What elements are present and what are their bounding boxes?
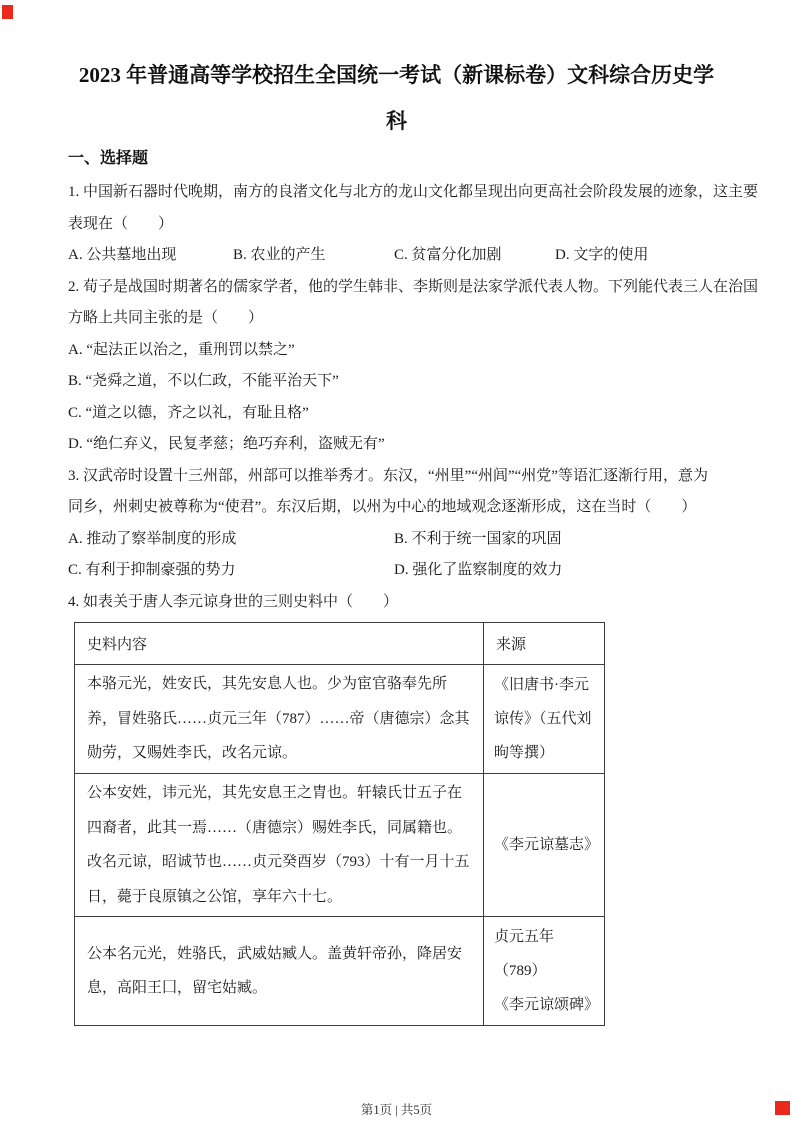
table-cell-source-1: 《旧唐书·李元谅传》（五代刘昫等撰） xyxy=(484,665,605,774)
question-2-stem-line2: 方略上共同主张的是（ ） xyxy=(68,303,725,335)
question-4: 4. 如表关于唐人李元谅身世的三则史料中（ ） xyxy=(68,587,725,619)
table-cell-source-3: 贞元五年 （789） 《李元谅颂碑》 xyxy=(484,917,605,1026)
table-cell-content-3: 公本名元光，姓骆氏，武威姑臧人。盖黄轩帝孙，降居安息，高阳王囗，留宅姑臧。 xyxy=(75,917,484,1026)
source-3-line3: 《李元谅颂碑》 xyxy=(494,988,598,1022)
question-3-stem-line1: 3. 汉武帝时设置十三州部，州部可以推举秀才。东汉，“州里”“州闾”“州党”等语… xyxy=(68,461,725,493)
question-3-option-c: C. 有利于抑制豪强的势力 xyxy=(68,555,394,587)
question-3-option-d: D. 强化了监察制度的效力 xyxy=(394,555,562,587)
document-title-line2: 科 xyxy=(68,98,725,144)
exam-document-page: 2023 年普通高等学校招生全国统一考试（新课标卷）文科综合历史学 科 一、选择… xyxy=(0,0,793,1122)
source-3-line2: （789） xyxy=(494,954,598,988)
question-1-option-b: B. 农业的产生 xyxy=(233,240,394,272)
red-corner-marker-bottom-right xyxy=(775,1101,790,1115)
question-2-option-a: A. “起法正以治之，重刑罚以禁之” xyxy=(68,335,725,367)
question-2-option-c: C. “道之以德，齐之以礼，有耻且格” xyxy=(68,398,725,430)
question-1-option-c: C. 贫富分化加剧 xyxy=(394,240,555,272)
table-row-songbei: 公本名元光，姓骆氏，武威姑臧人。盖黄轩帝孙，降居安息，高阳王囗，留宅姑臧。 贞元… xyxy=(75,917,605,1026)
question-3: 3. 汉武帝时设置十三州部，州部可以推举秀才。东汉，“州里”“州闾”“州党”等语… xyxy=(68,461,725,587)
question-2: 2. 荀子是战国时期著名的儒家学者，他的学生韩非、李斯则是法家学派代表人物。下列… xyxy=(68,272,725,461)
question-1-option-d: D. 文字的使用 xyxy=(555,240,648,272)
question-3-options-row1: A. 推动了察举制度的形成 B. 不利于统一国家的巩固 xyxy=(68,524,725,556)
table-header-source: 来源 xyxy=(484,623,605,665)
page-footer: 第1页 | 共5页 xyxy=(0,1100,793,1118)
question-1-options: A. 公共墓地出现 B. 农业的产生 C. 贫富分化加剧 D. 文字的使用 xyxy=(68,240,725,272)
document-title-line1: 2023 年普通高等学校招生全国统一考试（新课标卷）文科综合历史学 xyxy=(68,52,725,98)
red-corner-marker-top-left xyxy=(2,5,13,19)
question-2-option-d: D. “绝仁弃义，民复孝慈；绝巧弃利，盗贼无有” xyxy=(68,429,725,461)
question-2-option-b: B. “尧舜之道，不以仁政，不能平治天下” xyxy=(68,366,725,398)
question-3-stem-line2: 同乡，州刺史被尊称为“使君”。东汉后期，以州为中心的地域观念逐渐形成，这在当时（… xyxy=(68,492,725,524)
question-1-option-a: A. 公共墓地出现 xyxy=(68,240,233,272)
document-title: 2023 年普通高等学校招生全国统一考试（新课标卷）文科综合历史学 科 xyxy=(68,52,725,144)
table-row-muzhi: 公本安姓，讳元光，其先安息王之胄也。轩辕氏廿五子在四裔者，此其一焉……（唐德宗）… xyxy=(75,774,605,917)
table-cell-content-2: 公本安姓，讳元光，其先安息王之胄也。轩辕氏廿五子在四裔者，此其一焉……（唐德宗）… xyxy=(75,774,484,917)
table-header-content: 史料内容 xyxy=(75,623,484,665)
question-4-stem-line1: 4. 如表关于唐人李元谅身世的三则史料中（ ） xyxy=(68,587,725,619)
question-1: 1. 中国新石器时代晚期，南方的良渚文化与北方的龙山文化都呈现出向更高社会阶段发… xyxy=(68,177,725,272)
section-heading-multiple-choice: 一、选择题 xyxy=(68,144,725,174)
table-row-jiutangshu: 本骆元光，姓安氏，其先安息人也。少为宦官骆奉先所养，冒姓骆氏……贞元三年（787… xyxy=(75,665,605,774)
table-cell-source-2: 《李元谅墓志》 xyxy=(484,774,605,917)
question-3-option-a: A. 推动了察举制度的形成 xyxy=(68,524,394,556)
question-1-stem-line2: 表现在（ ） xyxy=(68,209,725,241)
table-header-row: 史料内容 来源 xyxy=(75,623,605,665)
question-1-stem-line1: 1. 中国新石器时代晚期，南方的良渚文化与北方的龙山文化都呈现出向更高社会阶段发… xyxy=(68,177,725,209)
question-3-option-b: B. 不利于统一国家的巩固 xyxy=(394,524,562,556)
source-3-line1: 贞元五年 xyxy=(494,920,598,954)
history-sources-table: 史料内容 来源 本骆元光，姓安氏，其先安息人也。少为宦官骆奉先所养，冒姓骆氏……… xyxy=(74,622,605,1026)
question-2-stem-line1: 2. 荀子是战国时期著名的儒家学者，他的学生韩非、李斯则是法家学派代表人物。下列… xyxy=(68,272,725,304)
question-2-options: A. “起法正以治之，重刑罚以禁之” B. “尧舜之道，不以仁政，不能平治天下”… xyxy=(68,335,725,461)
table-cell-content-1: 本骆元光，姓安氏，其先安息人也。少为宦官骆奉先所养，冒姓骆氏……贞元三年（787… xyxy=(75,665,484,774)
document-content: 2023 年普通高等学校招生全国统一考试（新课标卷）文科综合历史学 科 一、选择… xyxy=(0,0,793,1026)
question-3-options-row2: C. 有利于抑制豪强的势力 D. 强化了监察制度的效力 xyxy=(68,555,725,587)
